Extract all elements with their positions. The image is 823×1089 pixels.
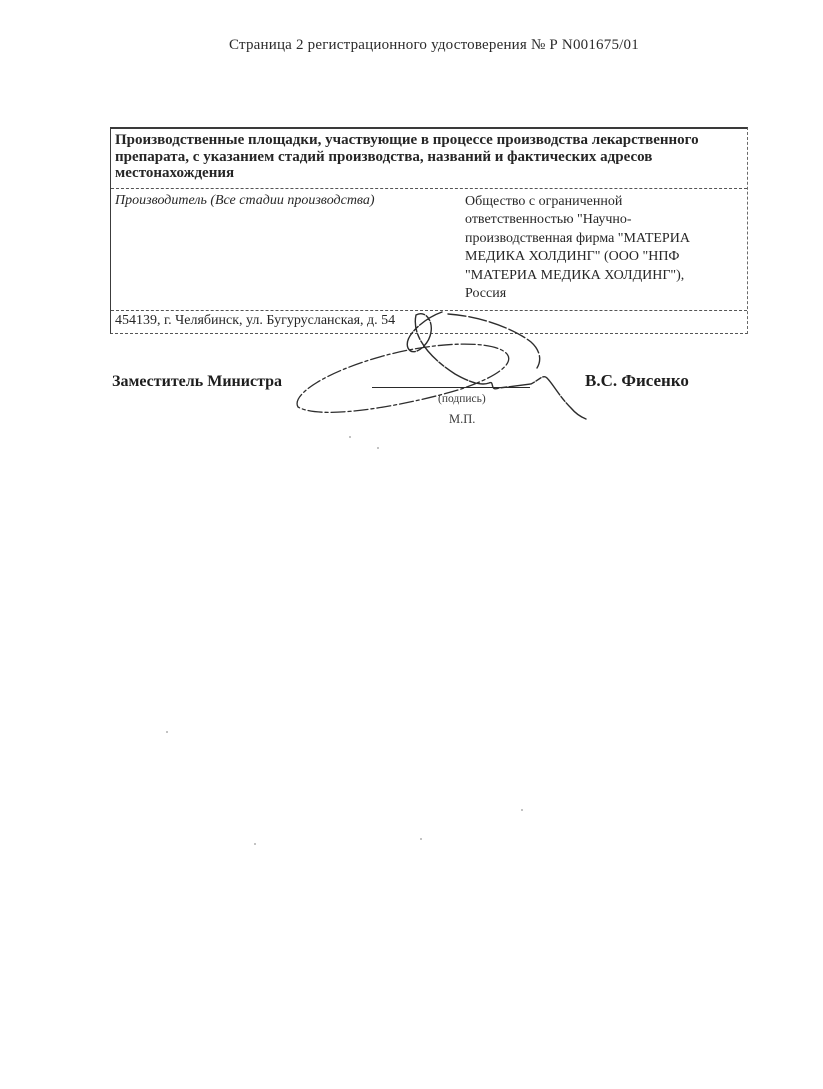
signature-line bbox=[372, 387, 530, 388]
manufacturer-name-cell: Общество с ограниченной ответственностью… bbox=[463, 189, 747, 310]
scan-speck bbox=[377, 447, 379, 449]
production-sites-table: Производственные площадки, участвующие в… bbox=[110, 127, 748, 334]
scan-speck bbox=[166, 731, 168, 733]
scan-speck bbox=[420, 838, 422, 840]
scanned-certificate-page: Страница 2 регистрационного удостоверени… bbox=[0, 0, 823, 1089]
table-header: Производственные площадки, участвующие в… bbox=[111, 129, 747, 189]
scan-speck bbox=[521, 809, 523, 811]
page-title: Страница 2 регистрационного удостоверени… bbox=[229, 37, 639, 54]
stamp-place-mark: М.П. bbox=[449, 412, 475, 427]
manufacturer-role-cell: Производитель (Все стадии производства) bbox=[111, 189, 463, 310]
signer-position-title: Заместитель Министра bbox=[112, 373, 282, 391]
signature-caption: (подпись) bbox=[438, 393, 486, 405]
signer-name: В.С. Фисенко bbox=[585, 371, 689, 391]
scan-speck bbox=[349, 436, 351, 438]
table-row: Производитель (Все стадии производства) … bbox=[111, 189, 747, 311]
scan-speck bbox=[254, 843, 256, 845]
manufacturer-address-cell: 454139, г. Челябинск, ул. Бугурусланская… bbox=[111, 311, 747, 333]
